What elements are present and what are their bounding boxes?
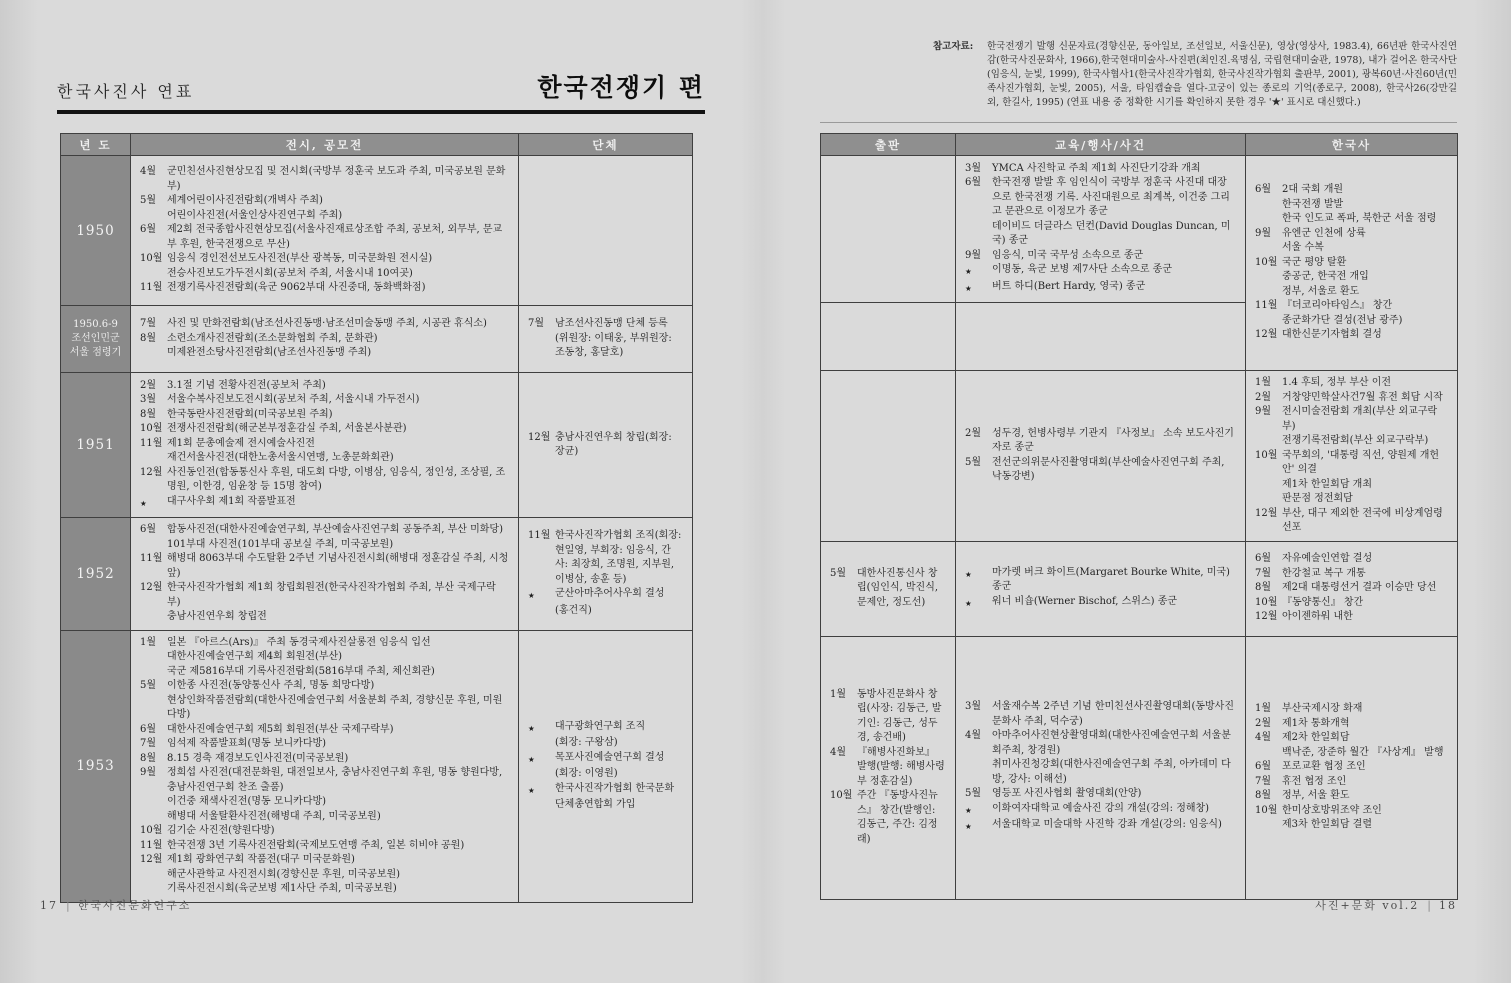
entry-text: 한국사진작가협회 제1회 창립회원전(한국사진작가협회 주최, 부산 국제구락부…	[167, 581, 509, 610]
month-label: 10월	[830, 789, 857, 847]
table-cell: 12월충남사진연우회 창립(회장: 장균)	[519, 373, 693, 518]
entry-line: 6월자유예술인연합 결성	[1255, 552, 1448, 567]
entry-text: 제1회 문총예술제 전시예술사진전	[167, 437, 509, 452]
entry-line: 4월아마추어사진현상촬영대회(대한사진예술연구회 서울분회주최, 창경원)	[965, 729, 1236, 758]
entry-text: 부산, 대구 제외한 전국에 비상계엄령 선포	[1282, 507, 1448, 536]
footer-text-left: 한국사진문화연구소	[78, 899, 192, 912]
entry-line: 기록사진전시회(육군보병 제1사단 주최, 미국공보원)	[140, 882, 509, 897]
entry-text: 전쟁기록사진전람회(육군 9062부대 사진중대, 동화백화점)	[167, 281, 509, 296]
entry-text: 워너 비숍(Werner Bischof, 스위스) 종군	[992, 595, 1236, 612]
entry-line: 2월거창양민학살사건7월 휴전 회담 시작	[1255, 391, 1448, 406]
entry-text: 정희섭 사진전(대전문화원, 대전일보사, 충남사진연구회 후원, 명동 향원다…	[167, 766, 509, 795]
entry-line: 현상인화작품전람회(대한사진예술연구회 서울분회 주최, 경향신문 후원, 미원…	[140, 694, 509, 723]
month-label: 12월	[140, 853, 167, 868]
entry-text: 일본 『아르스(Ars)』 주최 동경국제사진살롱전 임응식 입선	[167, 636, 509, 651]
star-marker: ★	[965, 566, 992, 595]
footer-divider-left: |	[58, 899, 78, 912]
table-cell	[821, 303, 956, 371]
entry-text: (위원장: 이태웅, 부위원장:	[555, 332, 683, 347]
month-label: 12월	[1255, 507, 1282, 536]
table-header-row: 출판교육/행사/사건한국사	[821, 134, 1458, 156]
entry-text: 사진동인전(합동통신사 후원, 대도회 다방, 이병삼, 임응식, 정인성, 조…	[167, 466, 509, 495]
month-label: 6월	[1255, 760, 1282, 775]
entry-line: ★마가렛 버크 화이트(Margaret Bourke White, 미국) 종…	[965, 566, 1236, 595]
entry-line: 재건서울사진전(대한노총서울시연맹, 노총문화회관)	[140, 451, 509, 466]
entry-text: 정부, 서울로 환도	[1282, 285, 1448, 300]
entry-line: ★버트 하디(Bert Hardy, 영국) 종군	[965, 280, 1236, 297]
entry-text: 한국사진작가협회 조직(회장: 현일영, 부회장: 임응식, 간사: 최장희, …	[555, 529, 683, 587]
entry-line: 12월한국사진작가협회 제1회 창립회원전(한국사진작가협회 주최, 부산 국제…	[140, 581, 509, 610]
entry-line: 10월김기순 사진전(향원다방)	[140, 824, 509, 839]
month-label: 6월	[140, 223, 167, 252]
entry-line: 1월일본 『아르스(Ars)』 주최 동경국제사진살롱전 임응식 입선	[140, 636, 509, 651]
month-label	[1255, 818, 1282, 833]
entry-line: 10월국무회의, '대통령 직선, 양원제 개헌안' 의결	[1255, 449, 1448, 478]
entry-text: 군민친선사진현상모집 및 전시회(국방부 정훈국 보도과 주최, 미국공보원 문…	[167, 165, 509, 194]
month-label: 12월	[528, 431, 555, 460]
month-label	[140, 209, 167, 224]
entry-line: 6월2대 국회 개원	[1255, 183, 1448, 198]
entry-line: 중공군, 한국전 개입	[1255, 270, 1448, 285]
month-label: 10월	[1255, 449, 1282, 478]
table-cell: 1월일본 『아르스(Ars)』 주최 동경국제사진살롱전 임응식 입선대한사진예…	[131, 630, 519, 902]
month-label	[140, 810, 167, 825]
entry-text: 이명동, 육군 보병 제7사단 소속으로 종군	[992, 263, 1236, 280]
entry-text: 해군사관학교 사진전시회(경향신문 후원, 미국공보원)	[167, 868, 509, 883]
entry-line: 10월임응식 경인전선보도사진전(부산 광복동, 미국문화원 전시실)	[140, 252, 509, 267]
table-header-cell: 전시, 공모전	[131, 134, 519, 156]
entry-text: 전쟁기록전람회(부산 외교구락부)	[1282, 434, 1448, 449]
month-label: 12월	[140, 581, 167, 610]
month-label: 8월	[140, 752, 167, 767]
month-label	[528, 346, 555, 361]
entry-line: 4월『해병사진화보』 발행(발행: 해병사령부 정훈감실)	[830, 746, 946, 790]
entry-line: (위원장: 이태웅, 부위원장:	[528, 332, 683, 347]
month-label	[528, 736, 555, 751]
entry-line: 2월3.1절 기념 전황사진전(공보처 주최)	[140, 379, 509, 394]
reference-label: 참고자료:	[933, 40, 987, 110]
month-label	[140, 694, 167, 723]
entry-text: 전쟁사진전람회(해군본부정훈감실 주최, 서울본사분관)	[167, 422, 509, 437]
entry-line: 12월아이젠하워 내한	[1255, 610, 1448, 625]
entry-line: 101부대 사진전(101부대 공보실 주최, 미국공보원)	[140, 538, 509, 553]
star-marker: ★	[965, 802, 992, 819]
entry-text: 서울수복사진보도전시회(공보처 주최, 서울시내 가두전시)	[167, 393, 509, 408]
month-label: 12월	[1255, 610, 1282, 625]
month-label	[1255, 492, 1282, 507]
entry-line: 2월제1차 통화개혁	[1255, 717, 1448, 732]
month-label	[140, 538, 167, 553]
month-label: 1월	[1255, 376, 1282, 391]
month-label: 2월	[1255, 717, 1282, 732]
title-rule	[57, 110, 705, 114]
entry-line: 5월영등포 사진사협회 촬영대회(안양)	[965, 787, 1236, 802]
month-label: 6월	[1255, 183, 1282, 198]
month-label: 3월	[965, 700, 992, 729]
entry-text: 세계어린이사진전람회(개벽사 주최)	[167, 194, 509, 209]
entry-line: 8월제2대 대통령선거 결과 이승만 당선	[1255, 581, 1448, 596]
footer-divider-right: |	[1419, 899, 1439, 912]
year-cell: 1950.6-9 조선인민군 서울 점령기	[61, 306, 131, 373]
entry-line: ★대구사우회 제1회 작품발표전	[140, 495, 509, 512]
entry-line: 12월사진동인전(합동통신사 후원, 대도회 다방, 이병삼, 임응식, 정인성…	[140, 466, 509, 495]
entry-line: 4월제2차 한일회담	[1255, 731, 1448, 746]
month-label: 10월	[140, 824, 167, 839]
month-label	[528, 332, 555, 347]
entry-text: 백낙준, 장준하 월간 『사상계』 발행	[1282, 746, 1448, 761]
month-label	[140, 267, 167, 282]
table-row: 19526월합동사진전(대한사진예술연구회, 부산예술사진연구회 공동주최, 부…	[61, 518, 693, 631]
table-cell: 1월1.4 후퇴, 정부 부산 이전2월거창양민학살사건7월 휴전 회담 시작9…	[1246, 371, 1458, 542]
entry-line: 7월임석제 작품발표회(명동 보니카다방)	[140, 737, 509, 752]
month-label: 9월	[965, 249, 992, 264]
entry-line: 1월부산국제시장 화재	[1255, 702, 1448, 717]
footer-left: 17|한국사진문화연구소	[40, 897, 191, 913]
entry-text: 대구광화연구회 조직	[555, 720, 683, 737]
entry-text: 동방사진문화사 창립(사장: 김동근, 발기인: 김동근, 성두경, 송건배)	[857, 688, 946, 746]
entry-line: 6월합동사진전(대한사진예술연구회, 부산예술사진연구회 공동주최, 부산 미화…	[140, 523, 509, 538]
month-label	[1255, 434, 1282, 449]
table-header-cell: 출판	[821, 134, 956, 156]
entry-text: 조동창, 홍달호)	[555, 346, 683, 361]
month-label	[140, 346, 167, 361]
month-label: 7월	[528, 317, 555, 332]
entry-line: ★이명동, 육군 보병 제7사단 소속으로 종군	[965, 263, 1236, 280]
month-label: 9월	[1255, 405, 1282, 434]
table-cell: 6월2대 국회 개원한국전쟁 발발한국 인도교 폭파, 북한군 서울 점령9월유…	[1246, 156, 1458, 371]
entry-line: 4월군민친선사진현상모집 및 전시회(국방부 정훈국 보도과 주최, 미국공보원…	[140, 165, 509, 194]
month-label: 12월	[1255, 328, 1282, 343]
month-label: 5월	[830, 567, 857, 611]
entry-line: 미제완전소탕사진전람회(남조선사진동맹 주최)	[140, 346, 509, 361]
month-label: 8월	[140, 332, 167, 347]
entry-text: 1.4 후퇴, 정부 부산 이전	[1282, 376, 1448, 391]
table-cell: 7월남조선사진동맹 단체 등록(위원장: 이태웅, 부위원장:조동창, 홍달호)	[519, 306, 693, 373]
month-label: 9월	[1255, 227, 1282, 242]
table-row: 19504월군민친선사진현상모집 및 전시회(국방부 정훈국 보도과 주최, 미…	[61, 156, 693, 306]
entry-line: 11월『더코리아타임스』 창간	[1255, 299, 1448, 314]
entry-line: 대한사진예술연구회 제4회 회원전(부산)	[140, 650, 509, 665]
entry-text: 성두경, 헌병사령부 기관지 『사정보』 소속 보도사진기자로 종군	[992, 427, 1236, 456]
table-row: 2월성두경, 헌병사령부 기관지 『사정보』 소속 보도사진기자로 종군5월전선…	[821, 371, 1458, 542]
volume-title: 한국전쟁기 편	[355, 68, 705, 104]
entry-text: 거창양민학살사건7월 휴전 회담 시작	[1282, 391, 1448, 406]
entry-line: 8월소련소개사진전람회(조소문화협회 주최, 문화관)	[140, 332, 509, 347]
month-label: 10월	[140, 422, 167, 437]
month-label: 5월	[140, 679, 167, 694]
entry-text: 군산아마추어사우회 결성	[555, 587, 683, 604]
entry-line: 2월성두경, 헌병사령부 기관지 『사정보』 소속 보도사진기자로 종군	[965, 427, 1236, 456]
entry-line: ★워너 비숍(Werner Bischof, 스위스) 종군	[965, 595, 1236, 612]
month-label: 11월	[1255, 299, 1282, 314]
month-label: 4월	[140, 165, 167, 194]
entry-line: (회장: 이영원)	[528, 767, 683, 782]
entry-line: 6월제2회 전국종합사진현상모집(서울사진재료상조합 주최, 공보처, 외무부,…	[140, 223, 509, 252]
month-label: 7월	[1255, 775, 1282, 790]
month-label: 7월	[1255, 567, 1282, 582]
star-marker: ★	[528, 782, 555, 799]
month-label: 3월	[140, 393, 167, 408]
table-cell: 1월동방사진문화사 창립(사장: 김동근, 발기인: 김동근, 성두경, 송건배…	[821, 636, 956, 899]
year-cell: 1952	[61, 518, 131, 631]
entry-text: 영등포 사진사협회 촬영대회(안양)	[992, 787, 1236, 802]
entry-text: 3.1절 기념 전황사진전(공보처 주최)	[167, 379, 509, 394]
entry-text: 2대 국회 개원	[1282, 183, 1448, 198]
series-title: 한국사진사 연표	[57, 79, 194, 102]
table-row: 5월대한사진통신사 창립(임인식, 박진식, 문제안, 정도선)★마가렛 버크 …	[821, 541, 1458, 636]
entry-text: 버트 하디(Bert Hardy, 영국) 종군	[992, 280, 1236, 297]
entry-text: 이한종 사진전(동양통신사 주최, 명동 희망다방)	[167, 679, 509, 694]
entry-line: 서울 수복	[1255, 241, 1448, 256]
entry-line: ★이화여자대학교 예술사진 강의 개설(강의: 정해창)	[965, 802, 1236, 819]
entry-text: 임응식 경인전선보도사진전(부산 광복동, 미국문화원 전시실)	[167, 252, 509, 267]
month-label: 4월	[965, 729, 992, 758]
entry-line: 7월휴전 협정 조인	[1255, 775, 1448, 790]
month-label: 10월	[1255, 256, 1282, 271]
entry-text: 임응식, 미국 국무성 소속으로 종군	[992, 249, 1236, 264]
entry-line: 6월한국전쟁 발발 후 임인식이 국방부 정훈국 사진대 대장으로 한국전쟁 기…	[965, 176, 1236, 220]
entry-line: 10월전쟁사진전람회(해군본부정훈감실 주최, 서울본사분관)	[140, 422, 509, 437]
month-label	[1255, 478, 1282, 493]
month-label	[1255, 198, 1282, 213]
month-label: 1월	[1255, 702, 1282, 717]
entry-text: 이건중 채색사진전(명동 모니카다방)	[167, 795, 509, 810]
entry-text: 한국동란사진전람회(미국공보원 주최)	[167, 408, 509, 423]
entry-text: 유엔군 인천에 상륙	[1282, 227, 1448, 242]
entry-text: 아마추어사진현상촬영대회(대한사진예술연구회 서울분회주최, 창경원)	[992, 729, 1236, 758]
month-label: 5월	[965, 787, 992, 802]
entry-line: 10월『동양통신』 창간	[1255, 596, 1448, 611]
entry-line: 종군화가단 결성(전남 광주)	[1255, 314, 1448, 329]
month-label: 1월	[140, 636, 167, 651]
month-label	[1255, 285, 1282, 300]
entry-line: 12월제1회 광화연구회 작품전(대구 미국문화원)	[140, 853, 509, 868]
entry-line: 5월이한종 사진전(동양통신사 주최, 명동 희망다방)	[140, 679, 509, 694]
month-label	[140, 868, 167, 883]
month-label	[528, 767, 555, 782]
star-marker: ★	[965, 818, 992, 835]
table-header-cell: 년 도	[61, 134, 131, 156]
entry-text: 소련소개사진전람회(조소문화협회 주최, 문화관)	[167, 332, 509, 347]
table-header-cell: 교육/행사/사건	[956, 134, 1246, 156]
month-label: 7월	[140, 737, 167, 752]
month-label: 5월	[140, 194, 167, 209]
table-cell	[821, 371, 956, 542]
month-label: 8월	[140, 408, 167, 423]
year-cell: 1951	[61, 373, 131, 518]
entry-text: 국군 제5816부대 기록사진전람회(5816부대 주최, 체신회관)	[167, 665, 509, 680]
entry-text: 기록사진전시회(육군보병 제1사단 주최, 미국공보원)	[167, 882, 509, 897]
table-cell: 2월성두경, 헌병사령부 기관지 『사정보』 소속 보도사진기자로 종군5월전선…	[956, 371, 1246, 542]
year-cell: 1953	[61, 630, 131, 902]
entry-line: 해군사관학교 사진전시회(경향신문 후원, 미국공보원)	[140, 868, 509, 883]
entry-text: 데이비드 더글라스 던컨(David Douglas Duncan, 미국) 종…	[992, 220, 1236, 249]
entry-line: 11월해병대 8063부대 수도탈환 2주년 기념사진전시회(해병대 정훈감실 …	[140, 552, 509, 581]
entry-text: 목포사진예술연구회 결성	[555, 751, 683, 768]
entry-line: 7월사진 및 만화전람회(남조선사진동맹·남조선미술동맹 주최, 시공관 휴식소…	[140, 317, 509, 332]
entry-line: 국군 제5816부대 기록사진전람회(5816부대 주최, 체신회관)	[140, 665, 509, 680]
entry-line: (회장: 구왕삼)	[528, 736, 683, 751]
entry-text: 전시미술전람회 개최(부산 외교구락부)	[1282, 405, 1448, 434]
entry-text: 국무회의, '대통령 직선, 양원제 개헌안' 의결	[1282, 449, 1448, 478]
entry-text: 한국전쟁 발발	[1282, 198, 1448, 213]
entry-text: 중공군, 한국전 개입	[1282, 270, 1448, 285]
month-label	[1255, 241, 1282, 256]
entry-line: 제1차 한일회담 개최	[1255, 478, 1448, 493]
table-cell: 4월군민친선사진현상모집 및 전시회(국방부 정훈국 보도과 주최, 미국공보원…	[131, 156, 519, 306]
table-cell: 3월서울재수복 2주년 기념 한미친선사진촬영대회(동방사진문화사 주최, 덕수…	[956, 636, 1246, 899]
month-label: 2월	[140, 379, 167, 394]
entry-line: 6월포로교환 협정 조인	[1255, 760, 1448, 775]
entry-line: 7월남조선사진동맹 단체 등록	[528, 317, 683, 332]
entry-line: ★한국사진작가협회 한국문화	[528, 782, 683, 799]
entry-line: 9월유엔군 인천에 상륙	[1255, 227, 1448, 242]
chronology-table-right: 출판교육/행사/사건한국사3월YMCA 사진학교 주최 제1회 사진단기강좌 개…	[820, 133, 1458, 900]
entry-line: 9월전시미술전람회 개최(부산 외교구락부)	[1255, 405, 1448, 434]
month-label: 5월	[965, 456, 992, 485]
entry-text: 단체총연합회 가입	[555, 798, 683, 813]
entry-line: 11월한국사진작가협회 조직(회장: 현일영, 부회장: 임응식, 간사: 최장…	[528, 529, 683, 587]
month-label	[140, 451, 167, 466]
month-label: 11월	[140, 281, 167, 296]
entry-text: YMCA 사진학교 주최 제1회 사진단기강좌 개최	[992, 162, 1236, 177]
month-label	[140, 665, 167, 680]
page-number-right: 18	[1439, 899, 1457, 912]
book-spread: 한국사진사 연표 한국전쟁기 편 참고자료: 한국전쟁기 발행 신문자료(경향신…	[0, 0, 1511, 983]
entry-line: 이건중 채색사진전(명동 모니카다방)	[140, 795, 509, 810]
month-label: 11월	[140, 839, 167, 854]
entry-text: 현상인화작품전람회(대한사진예술연구회 서울분회 주최, 경향신문 후원, 미원…	[167, 694, 509, 723]
entry-text: 남조선사진동맹 단체 등록	[555, 317, 683, 332]
entry-text: 제3차 한일회담 결렬	[1282, 818, 1448, 833]
month-label: 10월	[1255, 596, 1282, 611]
month-label: 10월	[140, 252, 167, 267]
month-label	[140, 882, 167, 897]
entry-line: 조동창, 홍달호)	[528, 346, 683, 361]
entry-text: (회장: 구왕삼)	[555, 736, 683, 751]
entry-line: ★서울대학교 미술대학 사진학 강좌 개설(강의: 임응식)	[965, 818, 1236, 835]
entry-line: 10월한미상호방위조약 조인	[1255, 804, 1448, 819]
entry-text: 재건서울사진전(대한노총서울시연맹, 노총문화회관)	[167, 451, 509, 466]
month-label: 2월	[1255, 391, 1282, 406]
star-marker: ★	[528, 720, 555, 737]
entry-text: 한미상호방위조약 조인	[1282, 804, 1448, 819]
entry-line: 정부, 서울로 환도	[1255, 285, 1448, 300]
entry-text: 대한사진통신사 창립(임인식, 박진식, 문제안, 정도선)	[857, 567, 946, 611]
table-row: 19531월일본 『아르스(Ars)』 주최 동경국제사진살롱전 임응식 입선대…	[61, 630, 693, 902]
month-label: 6월	[1255, 552, 1282, 567]
entry-text: 서울대학교 미술대학 사진학 강좌 개설(강의: 임응식)	[992, 818, 1236, 835]
entry-text: 종군화가단 결성(전남 광주)	[1282, 314, 1448, 329]
entry-text: 한국 인도교 폭파, 북한군 서울 점령	[1282, 212, 1448, 227]
month-label: 12월	[140, 466, 167, 495]
chronology-table-left: 년 도전시, 공모전단체19504월군민친선사진현상모집 및 전시회(국방부 정…	[60, 133, 693, 903]
entry-line: 취미사진청강회(대한사진예술연구회 주최, 아카데미 다방, 강사: 이해선)	[965, 758, 1236, 787]
entry-text: 제2차 한일회담	[1282, 731, 1448, 746]
star-marker: ★	[528, 587, 555, 604]
entry-line: 3월YMCA 사진학교 주최 제1회 사진단기강좌 개최	[965, 162, 1236, 177]
entry-text: 취미사진청강회(대한사진예술연구회 주최, 아카데미 다방, 강사: 이해선)	[992, 758, 1236, 787]
entry-text: 주간 『동방사진뉴스』 창간(발행인: 김동근, 주간: 김정래)	[857, 789, 946, 847]
entry-text: 한강철교 복구 개통	[1282, 567, 1448, 582]
entry-line: 해병대 서울탈환사진전(해병대 주최, 미국공보원)	[140, 810, 509, 825]
reference-text: 한국전쟁기 발행 신문자료(경향신문, 동아일보, 조선일보, 서울신문), 영…	[987, 40, 1457, 110]
star-marker: ★	[140, 495, 167, 512]
entry-text: 제1차 한일회담 개최	[1282, 478, 1448, 493]
month-label	[1255, 212, 1282, 227]
month-label	[140, 610, 167, 625]
month-label: 11월	[140, 552, 167, 581]
table-cell: 6월자유예술인연합 결성7월한강철교 복구 개통8월제2대 대통령선거 결과 이…	[1246, 541, 1458, 636]
table-header-row: 년 도전시, 공모전단체	[61, 134, 693, 156]
entry-text: 101부대 사진전(101부대 공보실 주최, 미국공보원)	[167, 538, 509, 553]
star-marker: ★	[965, 595, 992, 612]
entry-line: 12월충남사진연우회 창립(회장: 장균)	[528, 431, 683, 460]
month-label: 8월	[1255, 789, 1282, 804]
table-cell: 11월한국사진작가협회 조직(회장: 현일영, 부회장: 임응식, 간사: 최장…	[519, 518, 693, 631]
entry-line: 11월전쟁기록사진전람회(육군 9062부대 사진중대, 동화백화점)	[140, 281, 509, 296]
footer-text-right: 사진+문화 vol.2	[1315, 899, 1419, 912]
entry-text: 대한사진예술연구회 제4회 회원전(부산)	[167, 650, 509, 665]
entry-line: ★목포사진예술연구회 결성	[528, 751, 683, 768]
table-cell	[519, 156, 693, 306]
entry-text: 판문점 정전회담	[1282, 492, 1448, 507]
entry-line: 8월정부, 서울 환도	[1255, 789, 1448, 804]
entry-text: 8.15 경축 재경보도인사진전(미국공보원)	[167, 752, 509, 767]
entry-text: 대한신문기자협회 결성	[1282, 328, 1448, 343]
table-cell	[956, 303, 1246, 371]
entry-text: 전승사진보도가두전시회(공보처 주최, 서울시내 10여곳)	[167, 267, 509, 282]
table-row: 1950.6-9 조선인민군 서울 점령기7월사진 및 만화전람회(남조선사진동…	[61, 306, 693, 373]
table-cell: ★대구광화연구회 조직(회장: 구왕삼)★목포사진예술연구회 결성(회장: 이영…	[519, 630, 693, 902]
entry-line: 3월서울재수복 2주년 기념 한미친선사진촬영대회(동방사진문화사 주최, 덕수…	[965, 700, 1236, 729]
entry-line: 3월서울수복사진보도전시회(공보처 주최, 서울시내 가두전시)	[140, 393, 509, 408]
table-cell: 5월대한사진통신사 창립(임인식, 박진식, 문제안, 정도선)	[821, 541, 956, 636]
entry-line: 한국 인도교 폭파, 북한군 서울 점령	[1255, 212, 1448, 227]
entry-line: 한국전쟁 발발	[1255, 198, 1448, 213]
entry-line: 단체총연합회 가입	[528, 798, 683, 813]
entry-text: 전선군의위문사진촬영대회(부산예술사진연구회 주최, 낙동강변)	[992, 456, 1236, 485]
entry-line: 전승사진보도가두전시회(공보처 주최, 서울시내 10여곳)	[140, 267, 509, 282]
entry-line: 12월대한신문기자협회 결성	[1255, 328, 1448, 343]
entry-text: 합동사진전(대한사진예술연구회, 부산예술사진연구회 공동주최, 부산 미화당)	[167, 523, 509, 538]
month-label	[965, 758, 992, 787]
entry-text: 아이젠하워 내한	[1282, 610, 1448, 625]
month-label: 1월	[830, 688, 857, 746]
entry-text: 충남사진연우회 창립(회장: 장균)	[555, 431, 683, 460]
entry-text: 대구사우회 제1회 작품발표전	[167, 495, 509, 512]
month-label: 9월	[140, 766, 167, 795]
month-label: 3월	[965, 162, 992, 177]
entry-text: 휴전 협정 조인	[1282, 775, 1448, 790]
entry-line: 9월정희섭 사진전(대전문화원, 대전일보사, 충남사진연구회 후원, 명동 향…	[140, 766, 509, 795]
entry-text: 충남사진연우회 창립전	[167, 610, 509, 625]
entry-text: 서울 수복	[1282, 241, 1448, 256]
month-label: 4월	[1255, 731, 1282, 746]
entry-line: 판문점 정전회담	[1255, 492, 1448, 507]
table-header-cell: 한국사	[1246, 134, 1458, 156]
table-cell	[821, 156, 956, 303]
month-label	[140, 795, 167, 810]
entry-line: 10월주간 『동방사진뉴스』 창간(발행인: 김동근, 주간: 김정래)	[830, 789, 946, 847]
entry-text: 어린이사진전(서울인상사진연구회 주최)	[167, 209, 509, 224]
entry-text: 정부, 서울 환도	[1282, 789, 1448, 804]
entry-text: 포로교환 협정 조인	[1282, 760, 1448, 775]
month-label: 4월	[830, 746, 857, 790]
entry-line: 11월한국전쟁 3년 기록사진전람회(국제보도연맹 주최, 일본 히비야 공원)	[140, 839, 509, 854]
entry-text: 대한사진예술연구회 제5회 회원전(부산 국제구락부)	[167, 723, 509, 738]
entry-line: 제3차 한일회담 결렬	[1255, 818, 1448, 833]
